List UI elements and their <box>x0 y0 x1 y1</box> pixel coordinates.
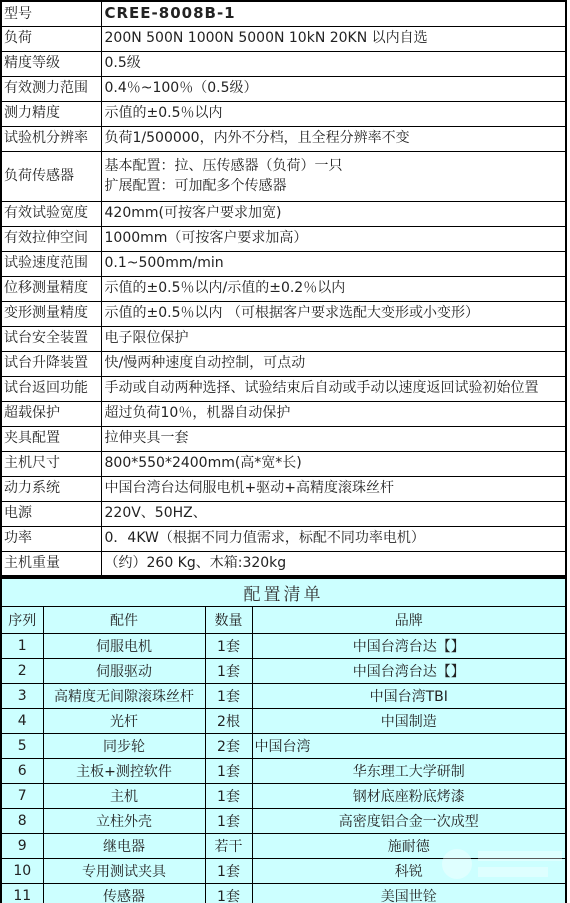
spec-label: 主机尺寸 <box>1 451 101 476</box>
spec-row: 试台升降装置 快/慢两种速度自动控制，可点动 <box>1 351 566 376</box>
serial-cell: 2 <box>1 659 43 684</box>
serial-cell: 7 <box>1 784 43 809</box>
config-list-table: 配置清单 序列 配件 数量 品牌 1 伺服电机 1套 中国台湾台达【】 2 伺服… <box>0 577 567 903</box>
brand-cell: 美国世铨 <box>252 884 566 903</box>
spec-value: 0.4％~100％（0.5级） <box>101 76 566 101</box>
item-cell: 高精度无间隙滚珠丝杆 <box>43 684 205 709</box>
item-cell: 专用测试夹具 <box>43 859 205 884</box>
item-cell: 传感器 <box>43 884 205 903</box>
spec-label: 负荷 <box>1 26 101 51</box>
spec-value: 基本配置：拉、压传感器（负荷）一只 扩展配置：可加配多个传感器 <box>101 151 566 201</box>
spec-value: 200N 500N 1000N 5000N 10kN 20KN 以内自选 <box>101 26 566 51</box>
spec-row: 型号 CREE-8008B-1 <box>1 1 566 26</box>
spec-row: 试验速度范围 0.1~500mm/min <box>1 251 566 276</box>
spec-label: 动力系统 <box>1 476 101 501</box>
config-row: 7 主机 1套 钢材底座粉底烤漆 <box>1 784 566 809</box>
serial-cell: 5 <box>1 734 43 759</box>
spec-value: 800*550*2400mm(高*宽*长) <box>101 451 566 476</box>
spec-row: 试台安全装置 电子限位保护 <box>1 326 566 351</box>
spec-value: 0.1~500mm/min <box>101 251 566 276</box>
config-header-row: 序列 配件 数量 品牌 <box>1 607 566 634</box>
spec-value: 220V、50HZ、 <box>101 501 566 526</box>
spec-label: 测力精度 <box>1 101 101 126</box>
item-cell: 主板+测控软件 <box>43 759 205 784</box>
spec-row: 夹具配置 拉伸夹具一套 <box>1 426 566 451</box>
item-cell: 继电器 <box>43 834 205 859</box>
spec-label: 位移测量精度 <box>1 276 101 301</box>
spec-value: （约）260 Kg、木箱:320kg <box>101 551 566 576</box>
config-list-title-row: 配置清单 <box>1 578 566 607</box>
qty-cell: 1套 <box>205 809 252 834</box>
qty-cell: 2套 <box>205 734 252 759</box>
spec-label: 型号 <box>1 1 101 26</box>
spec-table: 型号 CREE-8008B-1 负荷 200N 500N 1000N 5000N… <box>0 0 567 577</box>
spec-label: 试台返回功能 <box>1 376 101 401</box>
config-row: 5 同步轮 2套 中国台湾 <box>1 734 566 759</box>
spec-value: 超过负荷10％，机器自动保护 <box>101 401 566 426</box>
config-row: 10 专用测试夹具 1套 科锐 <box>1 859 566 884</box>
serial-cell: 10 <box>1 859 43 884</box>
spec-value: 1000mm（可按客户要求加高） <box>101 226 566 251</box>
qty-cell: 2根 <box>205 709 252 734</box>
model-number: CREE-8008B-1 <box>101 1 566 26</box>
qty-cell: 1套 <box>205 759 252 784</box>
spec-row: 主机重量 （约）260 Kg、木箱:320kg <box>1 551 566 576</box>
spec-row: 精度等级 0.5级 <box>1 51 566 76</box>
spec-label: 精度等级 <box>1 51 101 76</box>
brand-cell: 高密度铝合金一次成型 <box>252 809 566 834</box>
brand-cell: 钢材底座粉底烤漆 <box>252 784 566 809</box>
qty-cell: 1套 <box>205 784 252 809</box>
spec-row: 变形测量精度 示值的±0.5％以内 （可根据客户要求选配大变形或小变形） <box>1 301 566 326</box>
spec-value: 0.5级 <box>101 51 566 76</box>
qty-cell: 1套 <box>205 634 252 659</box>
spec-label: 主机重量 <box>1 551 101 576</box>
spec-row: 负荷传感器 基本配置：拉、压传感器（负荷）一只 扩展配置：可加配多个传感器 <box>1 151 566 201</box>
spec-row: 动力系统 中国台湾台达伺服电机+驱动+高精度滚珠丝杆 <box>1 476 566 501</box>
item-cell: 主机 <box>43 784 205 809</box>
config-row: 1 伺服电机 1套 中国台湾台达【】 <box>1 634 566 659</box>
spec-label: 有效测力范围 <box>1 76 101 101</box>
spec-label: 功率 <box>1 526 101 551</box>
config-row: 9 继电器 若干 施耐德 <box>1 834 566 859</box>
config-row: 4 光杆 2根 中国制造 <box>1 709 566 734</box>
spec-label: 试验速度范围 <box>1 251 101 276</box>
qty-cell: 1套 <box>205 859 252 884</box>
config-row: 6 主板+测控软件 1套 华东理工大学研制 <box>1 759 566 784</box>
spec-value: 0．4KW（根据不同力值需求，标配不同功率电机） <box>101 526 566 551</box>
spec-row: 功率 0．4KW（根据不同力值需求，标配不同功率电机） <box>1 526 566 551</box>
spec-label: 电源 <box>1 501 101 526</box>
serial-cell: 11 <box>1 884 43 903</box>
serial-cell: 4 <box>1 709 43 734</box>
spec-row: 测力精度 示值的±0.5％以内 <box>1 101 566 126</box>
brand-cell: 科锐 <box>252 859 566 884</box>
serial-cell: 9 <box>1 834 43 859</box>
spec-label: 有效试验宽度 <box>1 201 101 226</box>
serial-cell: 3 <box>1 684 43 709</box>
spec-label: 试台安全装置 <box>1 326 101 351</box>
brand-cell: 华东理工大学研制 <box>252 759 566 784</box>
spec-value: 负荷1/500000，内外不分档，且全程分辨率不变 <box>101 126 566 151</box>
spec-label: 变形测量精度 <box>1 301 101 326</box>
spec-value: 示值的±0.5％以内 （可根据客户要求选配大变形或小变形） <box>101 301 566 326</box>
spec-value: 电子限位保护 <box>101 326 566 351</box>
spec-row: 主机尺寸 800*550*2400mm(高*宽*长) <box>1 451 566 476</box>
brand-cell: 中国台湾 <box>252 734 566 759</box>
spec-row: 位移测量精度 示值的±0.5％以内/示值的±0.2％以内 <box>1 276 566 301</box>
item-cell: 伺服电机 <box>43 634 205 659</box>
header-qty: 数量 <box>205 607 252 634</box>
spec-row: 有效测力范围 0.4％~100％（0.5级） <box>1 76 566 101</box>
spec-value: 手动或自动两种选择、试验结束后自动或手动以速度返回试验初始位置 <box>101 376 566 401</box>
qty-cell: 若干 <box>205 834 252 859</box>
header-brand: 品牌 <box>252 607 566 634</box>
spec-label: 试验机分辨率 <box>1 126 101 151</box>
spec-value: 中国台湾台达伺服电机+驱动+高精度滚珠丝杆 <box>101 476 566 501</box>
spec-label: 有效拉伸空间 <box>1 226 101 251</box>
qty-cell: 1套 <box>205 884 252 903</box>
config-list-title: 配置清单 <box>1 578 566 607</box>
spec-sheet: { "colors": { "config_section_bg": "#ccf… <box>0 0 570 903</box>
spec-label: 试台升降装置 <box>1 351 101 376</box>
header-serial: 序列 <box>1 607 43 634</box>
spec-label: 夹具配置 <box>1 426 101 451</box>
serial-cell: 6 <box>1 759 43 784</box>
spec-row: 试台返回功能 手动或自动两种选择、试验结束后自动或手动以速度返回试验初始位置 <box>1 376 566 401</box>
spec-label: 超载保护 <box>1 401 101 426</box>
spec-row: 负荷 200N 500N 1000N 5000N 10kN 20KN 以内自选 <box>1 26 566 51</box>
brand-cell: 中国台湾TBI <box>252 684 566 709</box>
brand-cell: 施耐德 <box>252 834 566 859</box>
config-row: 8 立柱外壳 1套 高密度铝合金一次成型 <box>1 809 566 834</box>
item-cell: 伺服驱动 <box>43 659 205 684</box>
spec-value: 420mm(可按客户要求加宽) <box>101 201 566 226</box>
spec-value: 快/慢两种速度自动控制，可点动 <box>101 351 566 376</box>
qty-cell: 1套 <box>205 684 252 709</box>
spec-row: 有效试验宽度 420mm(可按客户要求加宽) <box>1 201 566 226</box>
header-item: 配件 <box>43 607 205 634</box>
config-row: 2 伺服驱动 1套 中国台湾台达【】 <box>1 659 566 684</box>
qty-cell: 1套 <box>205 659 252 684</box>
spec-value: 拉伸夹具一套 <box>101 426 566 451</box>
config-row: 11 传感器 1套 美国世铨 <box>1 884 566 903</box>
spec-row: 有效拉伸空间 1000mm（可按客户要求加高） <box>1 226 566 251</box>
spec-row: 电源 220V、50HZ、 <box>1 501 566 526</box>
brand-cell: 中国制造 <box>252 709 566 734</box>
item-cell: 立柱外壳 <box>43 809 205 834</box>
serial-cell: 1 <box>1 634 43 659</box>
config-row: 3 高精度无间隙滚珠丝杆 1套 中国台湾TBI <box>1 684 566 709</box>
item-cell: 同步轮 <box>43 734 205 759</box>
brand-cell: 中国台湾台达【】 <box>252 634 566 659</box>
spec-value: 示值的±0.5％以内 <box>101 101 566 126</box>
spec-value: 示值的±0.5％以内/示值的±0.2％以内 <box>101 276 566 301</box>
spec-row: 超载保护 超过负荷10％，机器自动保护 <box>1 401 566 426</box>
spec-label: 负荷传感器 <box>1 151 101 201</box>
spec-row: 试验机分辨率 负荷1/500000，内外不分档，且全程分辨率不变 <box>1 126 566 151</box>
item-cell: 光杆 <box>43 709 205 734</box>
serial-cell: 8 <box>1 809 43 834</box>
brand-cell: 中国台湾台达【】 <box>252 659 566 684</box>
